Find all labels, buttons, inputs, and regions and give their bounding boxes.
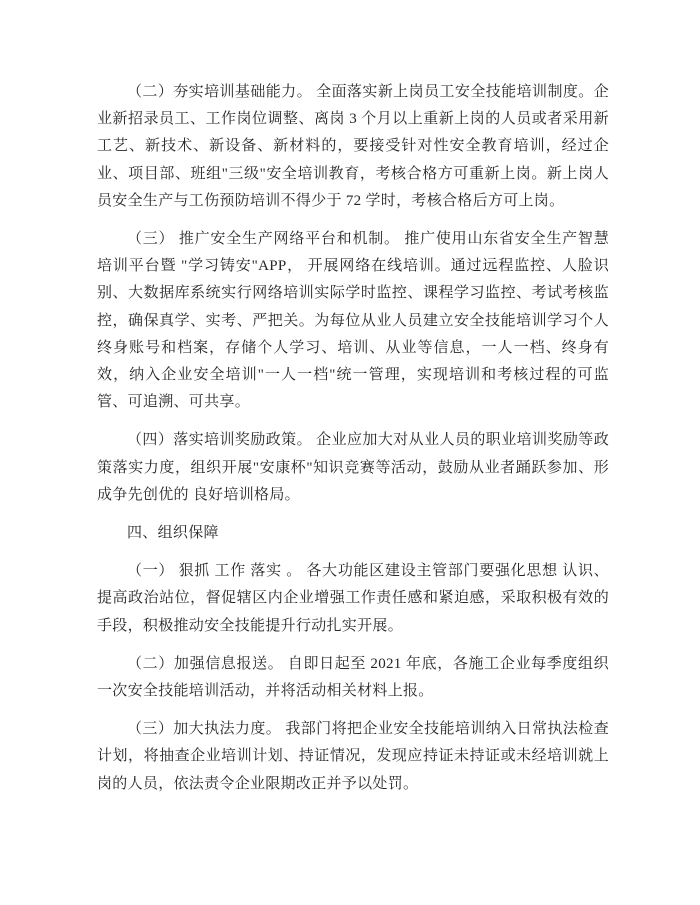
body-paragraph: （二）加强信息报送。 自即日起至 2021 年底，各施工企业每季度组织一次安全技…	[97, 651, 609, 705]
section-heading: 四、组织保障	[97, 520, 609, 547]
document-page: （二）夯实培训基础能力。 全面落实新上岗员工安全技能培训制度。企业新招录员工、工…	[0, 0, 700, 905]
body-paragraph: （三） 推广安全生产网络平台和机制。 推广使用山东省安全生产智慧培训平台暨 "学…	[97, 226, 609, 416]
body-paragraph: （二）夯实培训基础能力。 全面落实新上岗员工安全技能培训制度。企业新招录员工、工…	[97, 79, 609, 215]
body-paragraph: （四）落实培训奖励政策。 企业应加大对从业人员的职业培训奖励等政策落实力度，组织…	[97, 427, 609, 509]
document-text-block: （二）夯实培训基础能力。 全面落实新上岗员工安全技能培训制度。企业新招录员工、工…	[97, 79, 609, 798]
body-paragraph: （一） 狠抓 工作 落实 。 各大功能区建设主管部门要强化思想 认识、提高政治站…	[97, 558, 609, 640]
body-paragraph: （三）加大执法力度。 我部门将把企业安全技能培训纳入日常执法检查计划，将抽查企业…	[97, 716, 609, 798]
